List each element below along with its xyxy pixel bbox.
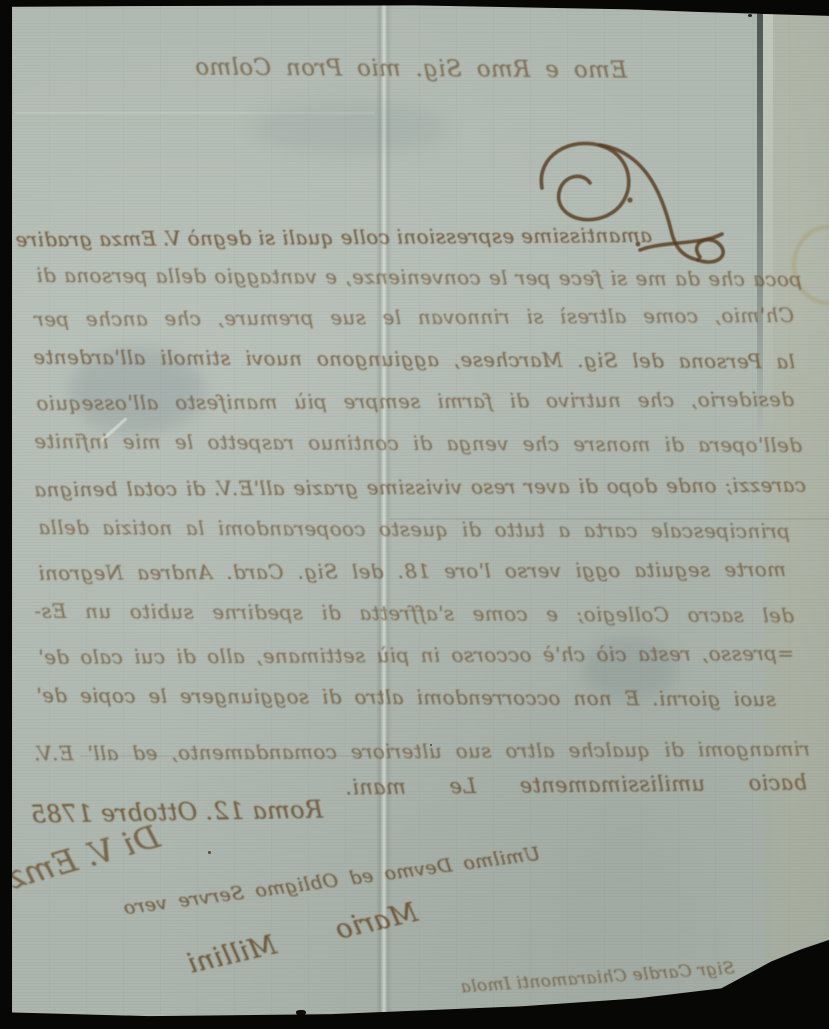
letter-line-text: amantissime espressioni colle quali si d… (52, 220, 652, 254)
letter-line-text: desiderio, che nutrivo di farmi sempre p… (36, 384, 794, 418)
letter-line-text: morte seguita oggi verso l'ore 18. del S… (38, 554, 786, 588)
letter-line: morte seguita oggi verso l'ore 18. del S… (38, 554, 786, 592)
letter-line-text: del sacro Collegio; e come s'affretta di… (34, 596, 794, 631)
closing-line: bacio umilissimamente Le mani. (345, 768, 807, 807)
letter-line: amantissime espressioni colle quali si d… (52, 220, 652, 258)
letter-line-text: la Persona del Sig. Marchese, aggiungono… (33, 342, 795, 377)
letter-line: suoi giorni. E non occorrendomi altro di… (36, 680, 776, 718)
letter-line: rimangomi di qualche altro suo ulteriore… (34, 734, 810, 773)
letter-line: desiderio, che nutrivo di farmi sempre p… (36, 384, 794, 422)
letter-line: Ch'mio, come altresì si rinnovan le sue … (34, 300, 794, 338)
salutation-line: Emo e Rmo Sig. mio Pron Colmo (195, 52, 627, 89)
dateline-text: Roma 12. Ottobre 1785 (45, 795, 323, 830)
letter-line: la Persona del Sig. Marchese, aggiungono… (33, 342, 795, 381)
letter-line: =presso, resta ciò ch'è occorso in più s… (38, 638, 794, 676)
closing-text: bacio umilissimamente Le mani. (345, 768, 807, 803)
letter-line-text: suoi giorni. E non occorrendomi altro di… (36, 680, 776, 714)
signature-title-text: Umilmo Devmo ed Obligmo Servre vero (122, 839, 542, 924)
letter-line-text: carezzi; onde dopo di aver reso vivissim… (34, 470, 806, 505)
letter-line: del sacro Collegio; e come s'affretta di… (34, 596, 794, 635)
letter-line: carezzi; onde dopo di aver reso vivissim… (34, 470, 806, 509)
ink-smudge (250, 100, 450, 155)
letter-line: dell'opera di monsre che venga di contin… (34, 426, 802, 464)
letter-line-text: principescale carta a tutto di questo co… (38, 512, 790, 546)
letter-line: principescale carta a tutto di questo co… (38, 512, 790, 550)
letter-line-text: =presso, resta ciò ch'è occorso in più s… (38, 638, 794, 672)
ink-speck (208, 851, 211, 854)
scanned-letter-page: { "document": { "kind": "Handwritten let… (0, 0, 829, 1029)
dateline: Roma 12. Ottobre 1785 (45, 795, 324, 834)
ink-speck (296, 1010, 306, 1015)
letter-paper: Emo e Rmo Sig. mio Pron Colmo amantissim… (12, 0, 829, 1029)
letter-line: poca che da me si fece per le convenienz… (36, 260, 802, 298)
letter-line-text: poca che da me si fece per le convenienz… (36, 260, 802, 294)
letter-line-text: rimangomi di qualche altro suo ulteriore… (34, 734, 810, 769)
letter-line-text: Ch'mio, come altresì si rinnovan le sue … (34, 300, 794, 334)
scan-border-left (0, 0, 12, 1029)
letter-line-text: dell'opera di monsre che venga di contin… (34, 426, 802, 460)
horizontal-crease (15, 112, 375, 114)
right-fold-flap (764, 0, 829, 1029)
ink-speck (748, 14, 752, 17)
salutation-text: Emo e Rmo Sig. mio Pron Colmo (195, 52, 627, 85)
